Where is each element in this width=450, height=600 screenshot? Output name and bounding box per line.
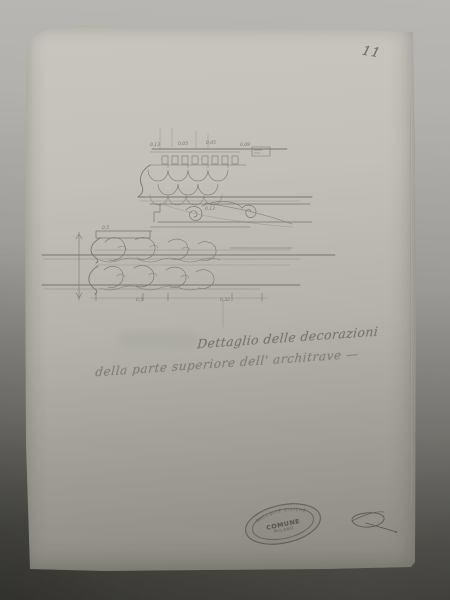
paper-crease <box>410 102 412 502</box>
paper-sheet <box>25 24 416 572</box>
photo-background: 11 Dettaglio delle decorazioni della par… <box>0 0 450 600</box>
page-number: 11 <box>360 44 382 61</box>
paper-shading <box>25 24 416 572</box>
